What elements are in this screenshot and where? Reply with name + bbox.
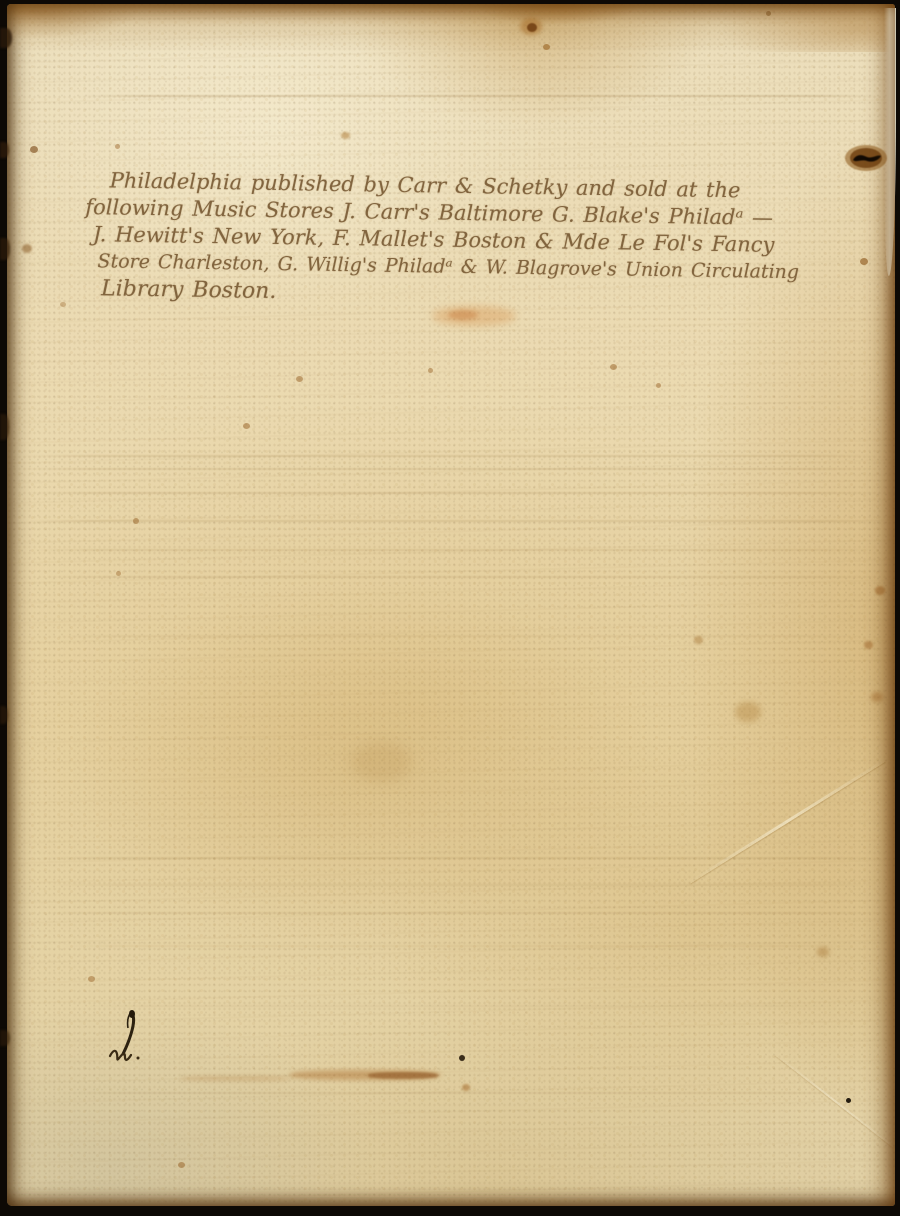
- smudge-stamp: [448, 310, 478, 320]
- rust-streak: [368, 1072, 438, 1079]
- edge-tear: [0, 142, 9, 158]
- foxing-spot: [735, 702, 761, 722]
- scan-frame: Philadelphia published by Carr & Schetky…: [0, 0, 900, 1216]
- foxing-spot: [864, 641, 873, 649]
- edge-tear: [0, 28, 12, 48]
- foxing-spot: [610, 364, 617, 370]
- foxing-spot: [22, 244, 32, 253]
- foxing-spot: [296, 376, 303, 382]
- foxing-spot: [116, 571, 121, 576]
- show-through-line: [20, 455, 880, 457]
- edge-tear: [0, 1030, 10, 1046]
- foxing-spot: [766, 11, 771, 16]
- foxing-spot: [115, 144, 120, 149]
- foxing-spot: [243, 423, 250, 429]
- ink-speck: [846, 1098, 851, 1103]
- show-through-line: [40, 857, 880, 859]
- show-through-line: [60, 635, 860, 637]
- edge-tear: [0, 706, 8, 724]
- foxing-spot: [462, 1084, 470, 1091]
- ink-scribble-mark: [104, 1008, 152, 1074]
- foxing-spot: [656, 383, 661, 388]
- foxing-spot: [543, 44, 550, 50]
- show-through-line: [30, 549, 880, 551]
- foxing-spot: [178, 1162, 185, 1168]
- show-through-line: [20, 468, 880, 470]
- show-through-line: [60, 945, 860, 947]
- foxing-spot: [527, 23, 537, 32]
- paper-top-browning: [7, 4, 895, 52]
- rust-streak: [180, 1076, 290, 1081]
- show-through-line: [80, 95, 880, 97]
- foxing-spot: [60, 302, 66, 307]
- foxing-spot: [133, 518, 139, 524]
- show-through-line: [40, 576, 880, 578]
- ink-dot: [459, 1055, 465, 1061]
- show-through-line: [80, 1005, 840, 1007]
- foxing-spot: [871, 692, 883, 702]
- show-through-line: [50, 884, 880, 886]
- foxing-spot: [875, 586, 885, 595]
- edge-tear: [0, 414, 9, 440]
- foxing-spot: [88, 976, 95, 982]
- water-stain: [352, 742, 412, 782]
- show-through-line: [25, 520, 885, 522]
- foxing-spot: [694, 636, 703, 644]
- foxing-spot: [341, 132, 350, 139]
- ink-blot-mark: [843, 143, 889, 177]
- show-through-line: [30, 492, 880, 494]
- edge-tear: [0, 238, 10, 260]
- foxing-spot: [817, 947, 829, 957]
- foxing-spot: [860, 258, 868, 265]
- foxing-spot: [30, 146, 38, 153]
- publisher-imprint: Philadelphia published by Carr & Schetky…: [84, 167, 856, 314]
- show-through-line: [40, 912, 880, 914]
- foxing-spot: [428, 368, 433, 373]
- show-through-line: [60, 1092, 860, 1094]
